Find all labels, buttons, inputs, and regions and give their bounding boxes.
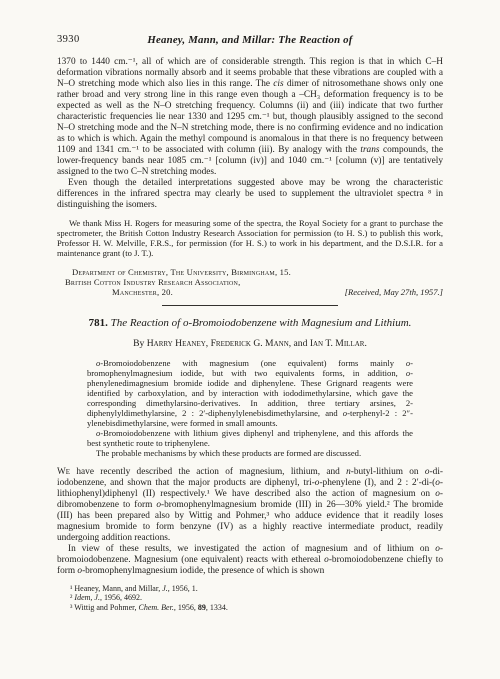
address-line: British Cotton Industry Research Associa… <box>57 277 443 287</box>
paragraph: Even though the detailed interpretations… <box>57 178 443 211</box>
address-block: Department of Chemistry, The University,… <box>57 267 443 297</box>
abstract-paragraph: The probable mechanisms by which these p… <box>87 448 413 458</box>
article-body: We have recently described the action of… <box>57 467 443 577</box>
footnote: ³ Wittig and Pohmer, Chem. Ber., 1956, 8… <box>57 603 443 613</box>
running-title: Heaney, Mann, and Millar: The Reaction o… <box>57 34 443 46</box>
running-head: 3930 Heaney, Mann, and Millar: The React… <box>57 34 443 47</box>
footnotes: ¹ Heaney, Mann, and Millar, J., 1956, 1.… <box>57 584 443 613</box>
footnote: ¹ Heaney, Mann, and Millar, J., 1956, 1. <box>57 584 443 594</box>
acknowledgement: We thank Miss H. Rogers for measuring so… <box>57 218 443 258</box>
paragraph: We have recently described the action of… <box>57 467 443 544</box>
journal-page: 3930 Heaney, Mann, and Millar: The React… <box>0 0 500 679</box>
abstract-paragraph: o-Bromoiodobenzene with lithium gives di… <box>87 428 413 448</box>
address-line: Department of Chemistry, The University,… <box>57 267 443 277</box>
page-number: 3930 <box>57 34 80 45</box>
abstract-paragraph: o-Bromoiodobenzene with magnesium (one e… <box>87 358 413 428</box>
received-date: [Received, May 27th, 1957.] <box>345 287 443 297</box>
paragraph: 1370 to 1440 cm.⁻¹, all of which are of … <box>57 57 443 178</box>
paragraph: In view of these results, we investigate… <box>57 544 443 577</box>
article-byline: By Harry Heaney, Frederick G. Mann, and … <box>57 338 443 349</box>
address-received-row: Manchester, 20. [Received, May 27th, 195… <box>57 287 443 297</box>
footnote: ² Idem, J., 1956, 4692. <box>57 593 443 603</box>
previous-article-end: 1370 to 1440 cm.⁻¹, all of which are of … <box>57 57 443 297</box>
section-divider <box>162 305 338 306</box>
address-city: Manchester, 20. <box>57 287 173 297</box>
article: 781. The Reaction of o-Bromoiodobenzene … <box>57 317 443 613</box>
article-title: 781. The Reaction of o-Bromoiodobenzene … <box>57 317 443 330</box>
abstract: o-Bromoiodobenzene with magnesium (one e… <box>87 358 413 458</box>
